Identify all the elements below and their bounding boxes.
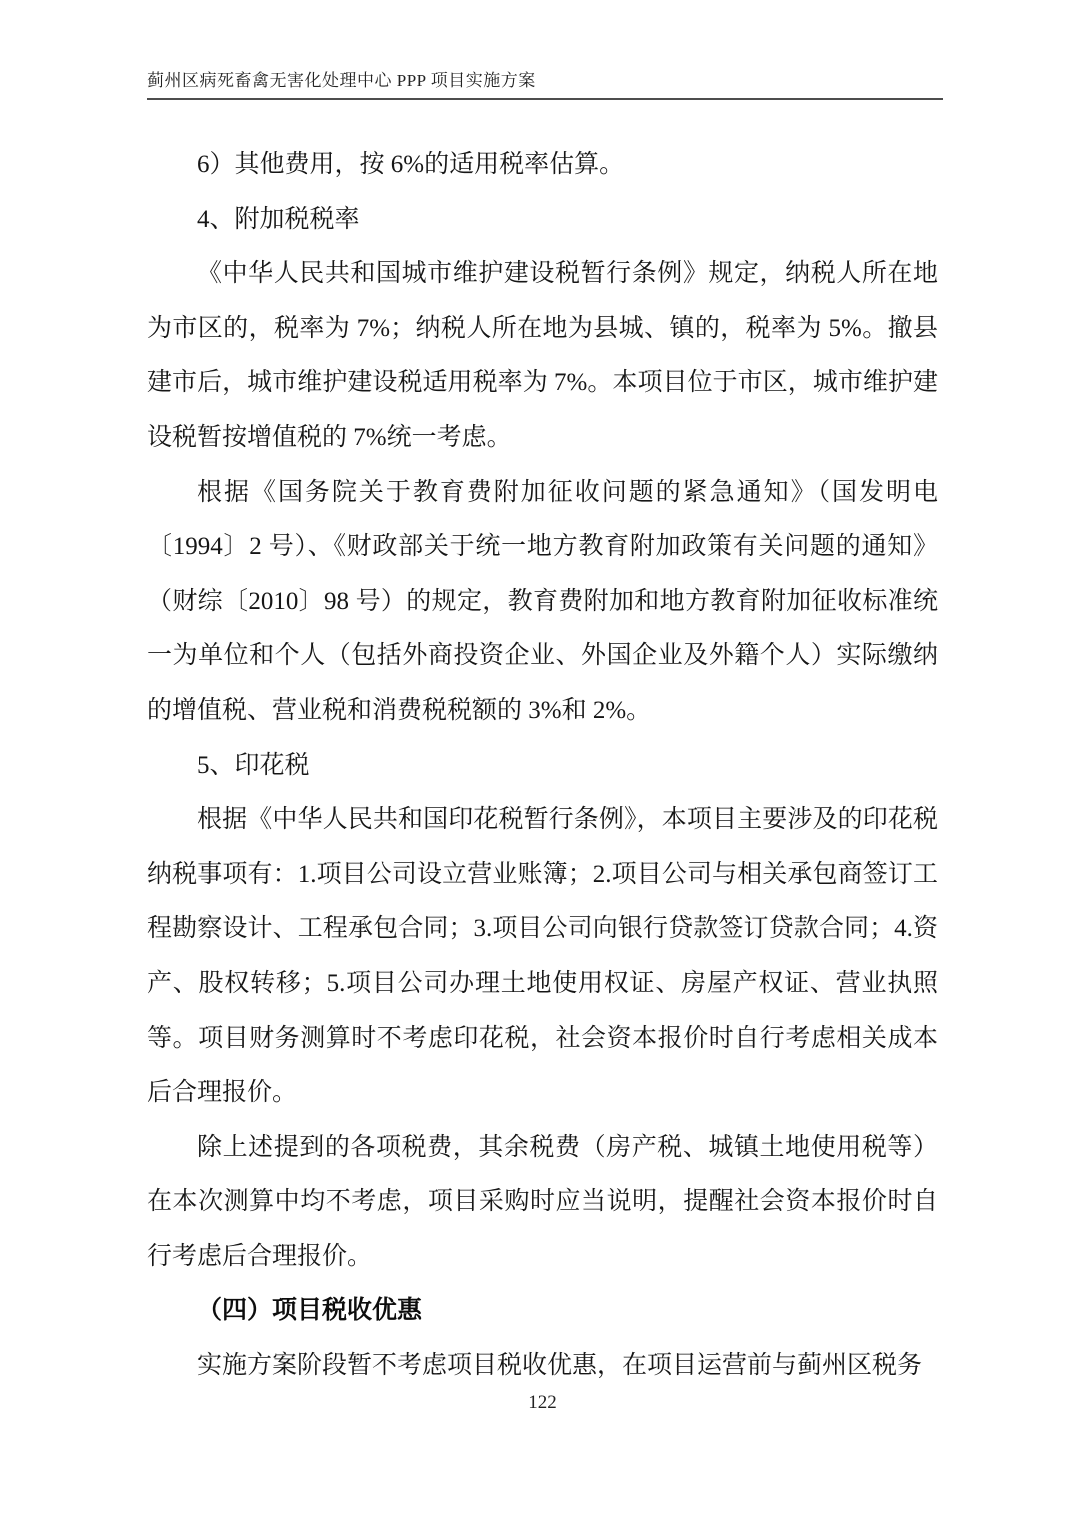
paragraph-other-taxes: 除上述提到的各项税费，其余税费（房产税、城镇土地使用税等）在本次测算中均不考虑，… (147, 1121, 938, 1285)
paragraph-stamp-tax-detail: 根据《中华人民共和国印花税暂行条例》，本项目主要涉及的印花税纳税事项有：1.项目… (147, 793, 938, 1121)
paragraph-stamp-tax-title: 5、印花税 (147, 739, 938, 794)
header-title: 蓟州区病死畜禽无害化处理中心 PPP 项目实施方案 (147, 71, 536, 90)
paragraph-other-fees: 6）其他费用，按 6%的适用税率估算。 (147, 138, 938, 193)
paragraph-tax-incentive-plan: 实施方案阶段暂不考虑项目税收优惠，在项目运营前与蓟州区税务 (147, 1339, 938, 1394)
page-number: 122 (528, 1392, 557, 1413)
paragraph-education-surcharge: 根据《国务院关于教育费附加征收问题的紧急通知》（国发明电〔1994〕2 号）、《… (147, 466, 938, 739)
document-body: 6）其他费用，按 6%的适用税率估算。 4、附加税税率 《中华人民共和国城市维护… (147, 138, 938, 1394)
page-header: 蓟州区病死畜禽无害化处理中心 PPP 项目实施方案 (147, 66, 943, 100)
document-page: 蓟州区病死畜禽无害化处理中心 PPP 项目实施方案 6）其他费用，按 6%的适用… (0, 0, 1069, 1514)
paragraph-urban-maintenance-tax: 《中华人民共和国城市维护建设税暂行条例》规定，纳税人所在地为市区的，税率为 7%… (147, 247, 938, 465)
page-footer: 122 (147, 1392, 938, 1414)
paragraph-surtax-rate-title: 4、附加税税率 (147, 193, 938, 248)
heading-tax-incentives: （四）项目税收优惠 (147, 1284, 938, 1339)
